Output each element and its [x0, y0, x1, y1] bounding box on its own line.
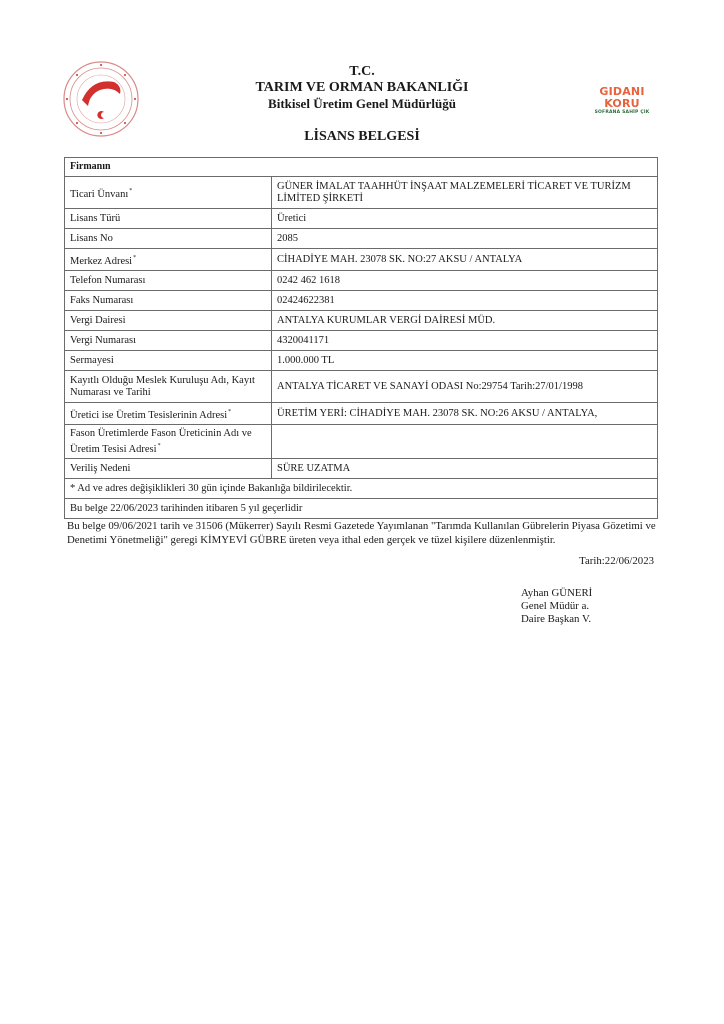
field-label: Vergi Dairesi — [65, 311, 272, 331]
field-label-text: Ticari Ünvanı — [70, 189, 128, 200]
table-row: Vergi Numarası4320041171 — [65, 331, 658, 351]
issue-date: Tarih:22/06/2023 — [579, 555, 654, 567]
table-row: Veriliş NedeniSÜRE UZATMA — [65, 459, 658, 479]
table-row: Fason Üretimlerde Fason Üreticinin Adı v… — [65, 425, 658, 459]
section-header-cell: Firmanın — [65, 158, 658, 177]
table-row: Faks Numarası02424622381 — [65, 291, 658, 311]
validity-text: Bu belge 22/06/2023 tarihinden itibaren … — [65, 499, 658, 519]
field-value: ÜRETİM YERİ: CİHADİYE MAH. 23078 SK. NO:… — [272, 403, 658, 425]
table-section-header: Firmanın — [65, 158, 658, 177]
field-value: Üretici — [272, 209, 658, 229]
field-value: 02424622381 — [272, 291, 658, 311]
field-value: GÜNER İMALAT TAAHHÜT İNŞAAT MALZEMELERİ … — [272, 177, 658, 209]
field-label-text: Sermayesi — [70, 355, 114, 366]
field-value: ANTALYA TİCARET VE SANAYİ ODASI No:29754… — [272, 371, 658, 403]
table-row: Kayıtlı Olduğu Meslek Kuruluşu Adı, Kayı… — [65, 371, 658, 403]
field-label-text: Üretici ise Üretim Tesislerinin Adresi — [70, 410, 227, 421]
header-ministry: TARIM VE ORMAN BAKANLIĞI — [0, 80, 724, 96]
field-label-text: Veriliş Nedeni — [70, 463, 130, 474]
table-row: Vergi DairesiANTALYA KURUMLAR VERGİ DAİR… — [65, 311, 658, 331]
field-value: SÜRE UZATMA — [272, 459, 658, 479]
signature-block: Ayhan GÜNERİ Genel Müdür a. Daire Başkan… — [521, 587, 592, 626]
field-label-text: Vergi Numarası — [70, 335, 136, 346]
field-label: Veriliş Nedeni — [65, 459, 272, 479]
field-label: Telefon Numarası — [65, 271, 272, 291]
field-value: CİHADİYE MAH. 23078 SK. NO:27 AKSU / ANT… — [272, 249, 658, 271]
field-label-text: Kayıtlı Olduğu Meslek Kuruluşu Adı, Kayı… — [70, 375, 255, 398]
field-value — [272, 425, 658, 459]
field-label-text: Vergi Dairesi — [70, 315, 126, 326]
field-value: ANTALYA KURUMLAR VERGİ DAİRESİ MÜD. — [272, 311, 658, 331]
footnote-marker: * — [133, 255, 136, 261]
signatory-title: Genel Müdür a. — [521, 600, 592, 613]
field-label-text: Merkez Adresi — [70, 256, 132, 267]
footnote-marker: * — [129, 188, 132, 194]
field-label: Faks Numarası — [65, 291, 272, 311]
field-label: Kayıtlı Olduğu Meslek Kuruluşu Adı, Kayı… — [65, 371, 272, 403]
footnote-text: * Ad ve adres değişiklikleri 30 gün için… — [65, 479, 658, 499]
document-header: T.C. TARIM VE ORMAN BAKANLIĞI Bitkisel Ü… — [0, 64, 724, 145]
table-row: Telefon Numarası0242 462 1618 — [65, 271, 658, 291]
table-row: Sermayesi1.000.000 TL — [65, 351, 658, 371]
field-value: 4320041171 — [272, 331, 658, 351]
license-table: Firmanın Ticari Ünvanı*GÜNER İMALAT TAAH… — [64, 157, 658, 519]
field-label: Lisans No — [65, 229, 272, 249]
field-value: 0242 462 1618 — [272, 271, 658, 291]
field-value: 1.000.000 TL — [272, 351, 658, 371]
footnote-marker: * — [158, 443, 161, 449]
table-row: Üretici ise Üretim Tesislerinin Adresi*Ü… — [65, 403, 658, 425]
field-label: Vergi Numarası — [65, 331, 272, 351]
field-label: Üretici ise Üretim Tesislerinin Adresi* — [65, 403, 272, 425]
field-label-text: Faks Numarası — [70, 295, 133, 306]
document-title: LİSANS BELGESİ — [0, 129, 724, 145]
field-label-text: Lisans Türü — [70, 213, 120, 224]
field-label: Ticari Ünvanı* — [65, 177, 272, 209]
table-row: Ticari Ünvanı*GÜNER İMALAT TAAHHÜT İNŞAA… — [65, 177, 658, 209]
field-label-text: Fason Üretimlerde Fason Üreticinin Adı v… — [70, 428, 252, 455]
header-directorate: Bitkisel Üretim Genel Müdürlüğü — [0, 96, 724, 112]
field-label: Sermayesi — [65, 351, 272, 371]
table-row: Merkez Adresi*CİHADİYE MAH. 23078 SK. NO… — [65, 249, 658, 271]
table-row: Lisans TürüÜretici — [65, 209, 658, 229]
field-value: 2085 — [272, 229, 658, 249]
header-tc: T.C. — [0, 64, 724, 80]
legal-statement: Bu belge 09/06/2021 tarih ve 31506 (Müke… — [67, 519, 662, 547]
field-label: Lisans Türü — [65, 209, 272, 229]
field-label-text: Telefon Numarası — [70, 275, 145, 286]
signatory-title-2: Daire Başkan V. — [521, 613, 592, 626]
table-row: Lisans No2085 — [65, 229, 658, 249]
field-label-text: Lisans No — [70, 233, 113, 244]
footnote-marker: * — [228, 409, 231, 415]
validity-row: Bu belge 22/06/2023 tarihinden itibaren … — [65, 499, 658, 519]
signatory-name: Ayhan GÜNERİ — [521, 587, 592, 600]
field-label: Merkez Adresi* — [65, 249, 272, 271]
footnote-row: * Ad ve adres değişiklikleri 30 gün için… — [65, 479, 658, 499]
field-label: Fason Üretimlerde Fason Üreticinin Adı v… — [65, 425, 272, 459]
